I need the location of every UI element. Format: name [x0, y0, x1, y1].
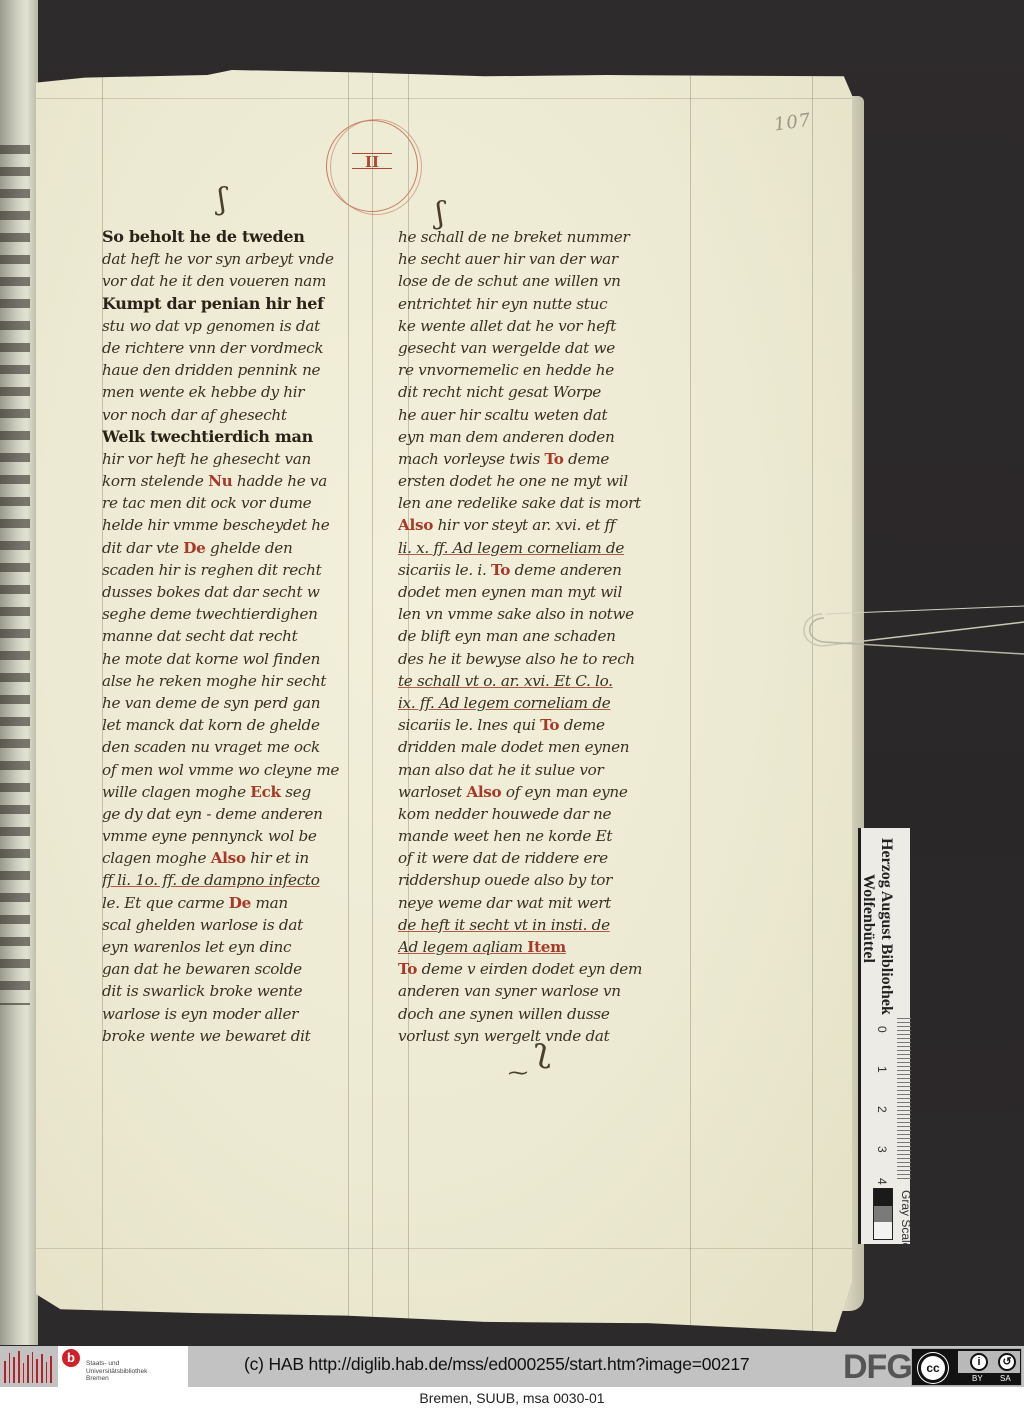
scale-ticks: [897, 1018, 911, 1182]
copyright-link[interactable]: (c) HAB http://diglib.hab.de/mss/ed00025…: [244, 1354, 749, 1375]
swatch-gray: [874, 1206, 892, 1223]
manuscript-line: kom nedder houwede dar ne: [398, 803, 676, 825]
manuscript-line: he van deme de syn perd gan: [102, 692, 370, 714]
manuscript-line: alse he reken moghe hir secht: [102, 670, 370, 692]
manuscript-line: clagen moghe Also hir et in: [102, 847, 370, 869]
manuscript-line: manne dat secht dat recht: [102, 625, 370, 647]
manuscript-line: he secht auer hir van der war: [398, 248, 676, 270]
facing-page-text: [0, 145, 30, 1005]
cc-icon: cc: [918, 1353, 948, 1383]
ruling-line: [36, 98, 852, 99]
manuscript-line: of men wol vmme wo cleyne me: [102, 759, 370, 781]
suub-name: Staats- und Universitätsbibliothek Breme…: [86, 1360, 147, 1383]
manuscript-line: hir vor heft he ghesecht van: [102, 448, 370, 470]
gray-scale-swatches: [873, 1188, 893, 1240]
facing-page-edge: [0, 0, 38, 1345]
manuscript-line: warloset Also of eyn man eyne: [398, 781, 676, 803]
manuscript-line: dusses bokes dat dar secht w: [102, 581, 370, 603]
manuscript-line: gan dat he bewaren scolde: [102, 958, 370, 980]
manuscript-line: de richtere vnn der vordmeck: [102, 337, 370, 359]
suub-name-line3: Bremen: [86, 1375, 147, 1383]
manuscript-line: ge dy dat eyn - deme anderen: [102, 803, 370, 825]
ruling-line: [36, 1248, 852, 1249]
suub-logo[interactable]: b Staats- und Universitätsbibliothek Bre…: [58, 1346, 188, 1387]
scale-mark-3: 3: [875, 1146, 889, 1160]
descender-flourish: ⁓: [508, 1060, 528, 1084]
swatch-black: [874, 1189, 892, 1206]
manuscript-line: To deme v eirden dodet eyn dem: [398, 958, 676, 980]
manuscript-line: entrichtet hir eyn nutte stuc: [398, 293, 676, 315]
manuscript-line: te schall vt o. ar. xvi. Et C. lo.: [398, 670, 676, 692]
manuscript-line: broke wente we bewaret dit: [102, 1025, 370, 1047]
manuscript-line: man also dat he it sulue vor: [398, 759, 676, 781]
manuscript-line: des he it bewyse also he to rech: [398, 648, 676, 670]
share-alike-icon: ↺: [998, 1353, 1016, 1371]
chapter-mark: II: [352, 153, 392, 169]
manuscript-line: riddershup ouede also by tor: [398, 869, 676, 891]
rubricated-initial: To: [398, 960, 417, 978]
manuscript-line: dit recht nicht gesat Worpe: [398, 381, 676, 403]
manuscript-line: he auer hir scaltu weten dat: [398, 404, 676, 426]
rubricated-initial: To: [540, 716, 559, 734]
attribution-icon: i: [970, 1353, 988, 1371]
cc-license-badge[interactable]: cc i ↺ BY SA: [911, 1348, 1022, 1386]
manuscript-line: haue den dridden pennink ne: [102, 359, 370, 381]
footer-banner: b Staats- und Universitätsbibliothek Bre…: [0, 1346, 1024, 1387]
rubricated-initial: Eck: [250, 783, 280, 801]
manuscript-line: Kumpt dar penian hir hef: [102, 293, 370, 315]
manuscript-line: re tac men dit ock vor dume: [102, 492, 370, 514]
rubricated-initial: De: [183, 539, 205, 557]
manuscript-line: de blift eyn man ane schaden: [398, 625, 676, 647]
manuscript-line: anderen van syner warlose vn: [398, 980, 676, 1002]
text-column-left: So beholt he de twedendat heft he vor sy…: [102, 226, 370, 1047]
manuscript-line: warlose is eyn moder aller: [102, 1003, 370, 1025]
dfg-logo: DFG: [843, 1350, 912, 1384]
ruling-line: [690, 70, 691, 1332]
manuscript-line: eyn man dem anderen doden: [398, 426, 676, 448]
rubricated-initial: Nu: [208, 472, 232, 490]
manuscript-line: eyn warenlos let eyn dinc: [102, 936, 370, 958]
manuscript-line: neye weme dar wat mit wert: [398, 892, 676, 914]
manuscript-line: ff li. 1o. ff. de dampno infecto: [102, 869, 370, 891]
manuscript-line: lose de de schut ane willen vn: [398, 270, 676, 292]
suub-bars-logo: [4, 1351, 52, 1383]
manuscript-line: dodet men eynen man myt wil: [398, 581, 676, 603]
scale-mark-1: 1: [875, 1066, 889, 1080]
manuscript-line: re vnvornemelic en hedde he: [398, 359, 676, 381]
rubricated-initial: To: [491, 561, 510, 579]
manuscript-line: vor dat he it den voueren nam: [102, 270, 370, 292]
manuscript-line: ersten dodet he one ne myt wil: [398, 470, 676, 492]
manuscript-line: ix. ff. Ad legem corneliam de: [398, 692, 676, 714]
manuscript-line: stu wo dat vp genomen is dat: [102, 315, 370, 337]
ascender-flourish: ʃ: [218, 182, 226, 217]
manuscript-line: sicariis le. lnes qui To deme: [398, 714, 676, 736]
manuscript-line: vmme eyne pennynck wol be: [102, 825, 370, 847]
manuscript-line: he mote dat korne wol finden: [102, 648, 370, 670]
manuscript-line: ke wente allet dat he vor heft: [398, 315, 676, 337]
manuscript-line: de heft it secht vt in insti. de: [398, 914, 676, 936]
rubricated-initial: De: [229, 894, 251, 912]
manuscript-line: dit dar vte De ghelde den: [102, 537, 370, 559]
bookmark-thread: [796, 600, 1024, 660]
manuscript-line: Ad legem aqliam Item: [398, 936, 676, 958]
scale-mark-2: 2: [875, 1106, 889, 1120]
rubricated-initial: Also: [398, 516, 433, 534]
manuscript-line: scal ghelden warlose is dat: [102, 914, 370, 936]
manuscript-line: li. x. ff. Ad legem corneliam de: [398, 537, 676, 559]
suub-name-line2: Universitätsbibliothek: [86, 1368, 147, 1376]
manuscript-line: he schall de ne breket nummer: [398, 226, 676, 248]
color-scale-ruler: Herzog August Bibliothek Wolfenbüttel 0 …: [858, 828, 910, 1244]
manuscript-line: korn stelende Nu hadde he va: [102, 470, 370, 492]
ruling-line: [812, 70, 813, 1332]
manuscript-line: dat heft he vor syn arbeyt vnde: [102, 248, 370, 270]
manuscript-line: Also hir vor steyt ar. xvi. et ff: [398, 514, 676, 536]
by-label: BY: [972, 1374, 983, 1383]
suub-name-line1: Staats- und: [86, 1360, 147, 1368]
swatch-white: [874, 1222, 892, 1239]
rubricated-initial: Item: [527, 938, 566, 956]
manuscript-line: mach vorleyse twis To deme: [398, 448, 676, 470]
rubricated-initial: Also: [211, 849, 246, 867]
manuscript-line: dridden male dodet men eynen: [398, 736, 676, 758]
gray-scale-label: Gray Scale: [899, 1190, 913, 1249]
manuscript-line: mande weet hen ne korde Et: [398, 825, 676, 847]
manuscript-line: sicariis le. i. To deme anderen: [398, 559, 676, 581]
rubricated-initial: To: [544, 450, 563, 468]
manuscript-line: seghe deme twechtierdighen: [102, 603, 370, 625]
manuscript-line: len ane redelike sake dat is mort: [398, 492, 676, 514]
manuscript-line: Welk twechtierdich man: [102, 426, 370, 448]
manuscript-line: gesecht van wergelde dat we: [398, 337, 676, 359]
manuscript-line: scaden hir is reghen dit recht: [102, 559, 370, 581]
manuscript-line: dit is swarlick broke wente: [102, 980, 370, 1002]
manuscript-line: So beholt he de tweden: [102, 226, 370, 248]
manuscript-line: let manck dat korn de ghelde: [102, 714, 370, 736]
manuscript-line: wille clagen moghe Eck seg: [102, 781, 370, 803]
manuscript-line: den scaden nu vraget me ock: [102, 736, 370, 758]
manuscript-line: le. Et que carme De man: [102, 892, 370, 914]
scale-mark-0: 0: [875, 1026, 889, 1040]
suub-b-icon: b: [62, 1349, 80, 1367]
rubricated-initial: Also: [466, 783, 501, 801]
manuscript-line: vorlust syn wergelt vnde dat: [398, 1025, 676, 1047]
ruling-line: [372, 70, 373, 1332]
manuscript-line: vor noch dar af ghesecht: [102, 404, 370, 426]
manuscript-line: doch ane synen willen dusse: [398, 1003, 676, 1025]
manuscript-line: helde hir vmme bescheydet he: [102, 514, 370, 536]
sa-label: SA: [1000, 1374, 1011, 1383]
shelfmark: Bremen, SUUB, msa 0030-01: [0, 1387, 1024, 1409]
manuscript-line: of it were dat de riddere ere: [398, 847, 676, 869]
manuscript-line: men wente ek hebbe dy hir: [102, 381, 370, 403]
manuscript-line: len vn vmme sake also in notwe: [398, 603, 676, 625]
institution-name: Herzog August Bibliothek: [878, 838, 895, 1015]
text-column-right: he schall de ne breket nummerhe secht au…: [398, 226, 676, 1047]
